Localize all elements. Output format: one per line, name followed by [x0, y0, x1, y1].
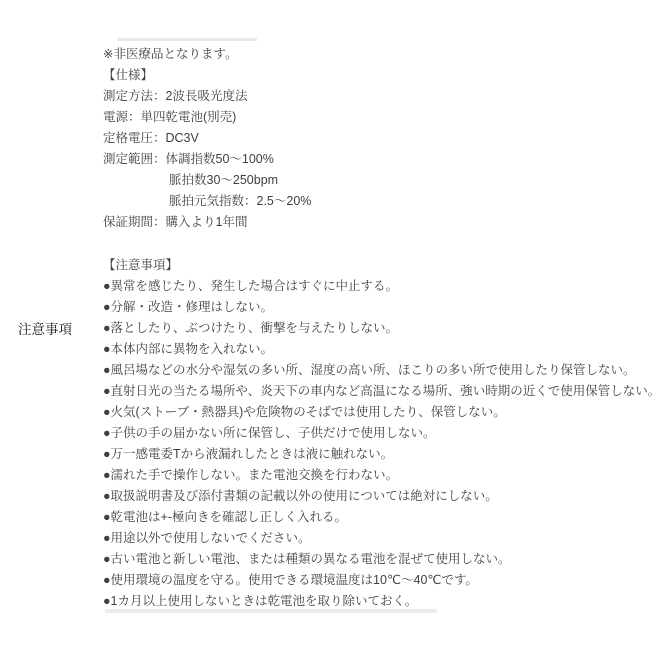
caution-item: ●分解・改造・修理はしない。 [103, 297, 659, 318]
caution-item: ●落としたり、ぶつけたり、衝撃を与えたりしない。 [103, 318, 659, 339]
caution-item: ●直射日光の当たる場所や、炎天下の車内など高温になる場所、強い時期の近くで使用保… [103, 381, 659, 402]
faint-text-artifact-bottom [105, 609, 437, 613]
description-content: ※非医療品となります。 【仕様】 測定方法：2波長吸光度法 電源：単四乾電池(別… [103, 44, 659, 612]
caution-item: ●使用環境の温度を守る。使用できる環境温度は10℃～40℃です。 [103, 570, 659, 591]
spec-line-pulse-index-range: 脈拍元気指数：2.5～20% [103, 191, 659, 212]
spec-line-range: 測定範囲：体調指数50～100% [103, 149, 659, 170]
caution-item: ●子供の手の届かない所に保管し、子供だけで使用しない。 [103, 423, 659, 444]
spec-heading: 【仕様】 [103, 65, 659, 86]
caution-item: ●火気(ストーブ・熱器具)や危険物のそばでは使用したり、保管しない。 [103, 402, 659, 423]
caution-item: ●古い電池と新しい電池、または種類の異なる電池を混ぜて使用しない。 [103, 549, 659, 570]
spec-line-measure-method: 測定方法：2波長吸光度法 [103, 86, 659, 107]
caution-item: ●乾電池は+-極向きを確認し正しく入れる。 [103, 507, 659, 528]
product-description-page: 注意事項 ※非医療品となります。 【仕様】 測定方法：2波長吸光度法 電源：単四… [0, 0, 660, 660]
spec-line-voltage: 定格電圧：DC3V [103, 128, 659, 149]
caution-item: ●異常を感じたり、発生した場合はすぐに中止する。 [103, 276, 659, 297]
caution-item: ●濡れた手で操作しない。また電池交換を行わない。 [103, 465, 659, 486]
caution-item: ●取扱説明書及び添付書類の記載以外の使用については絶対にしない。 [103, 486, 659, 507]
spec-line-warranty: 保証期間：購入より1年間 [103, 212, 659, 233]
caution-item: ●本体内部に異物を入れない。 [103, 339, 659, 360]
spec-line-power: 電源：単四乾電池(別売) [103, 107, 659, 128]
caution-item: ●風呂場などの水分や湿気の多い所、湿度の高い所、ほこりの多い所で使用したり保管し… [103, 360, 659, 381]
section-row-label: 注意事項 [18, 318, 72, 338]
caution-item: ●用途以外で使用しないでください。 [103, 528, 659, 549]
caution-item: ●万一感電委Tから液漏れしたときは液に触れない。 [103, 444, 659, 465]
spec-line-pulse-range: 脈拍数30～250bpm [103, 170, 659, 191]
caution-heading: 【注意事項】 [103, 255, 659, 276]
faint-text-artifact-top [117, 38, 257, 41]
non-medical-note: ※非医療品となります。 [103, 44, 659, 65]
